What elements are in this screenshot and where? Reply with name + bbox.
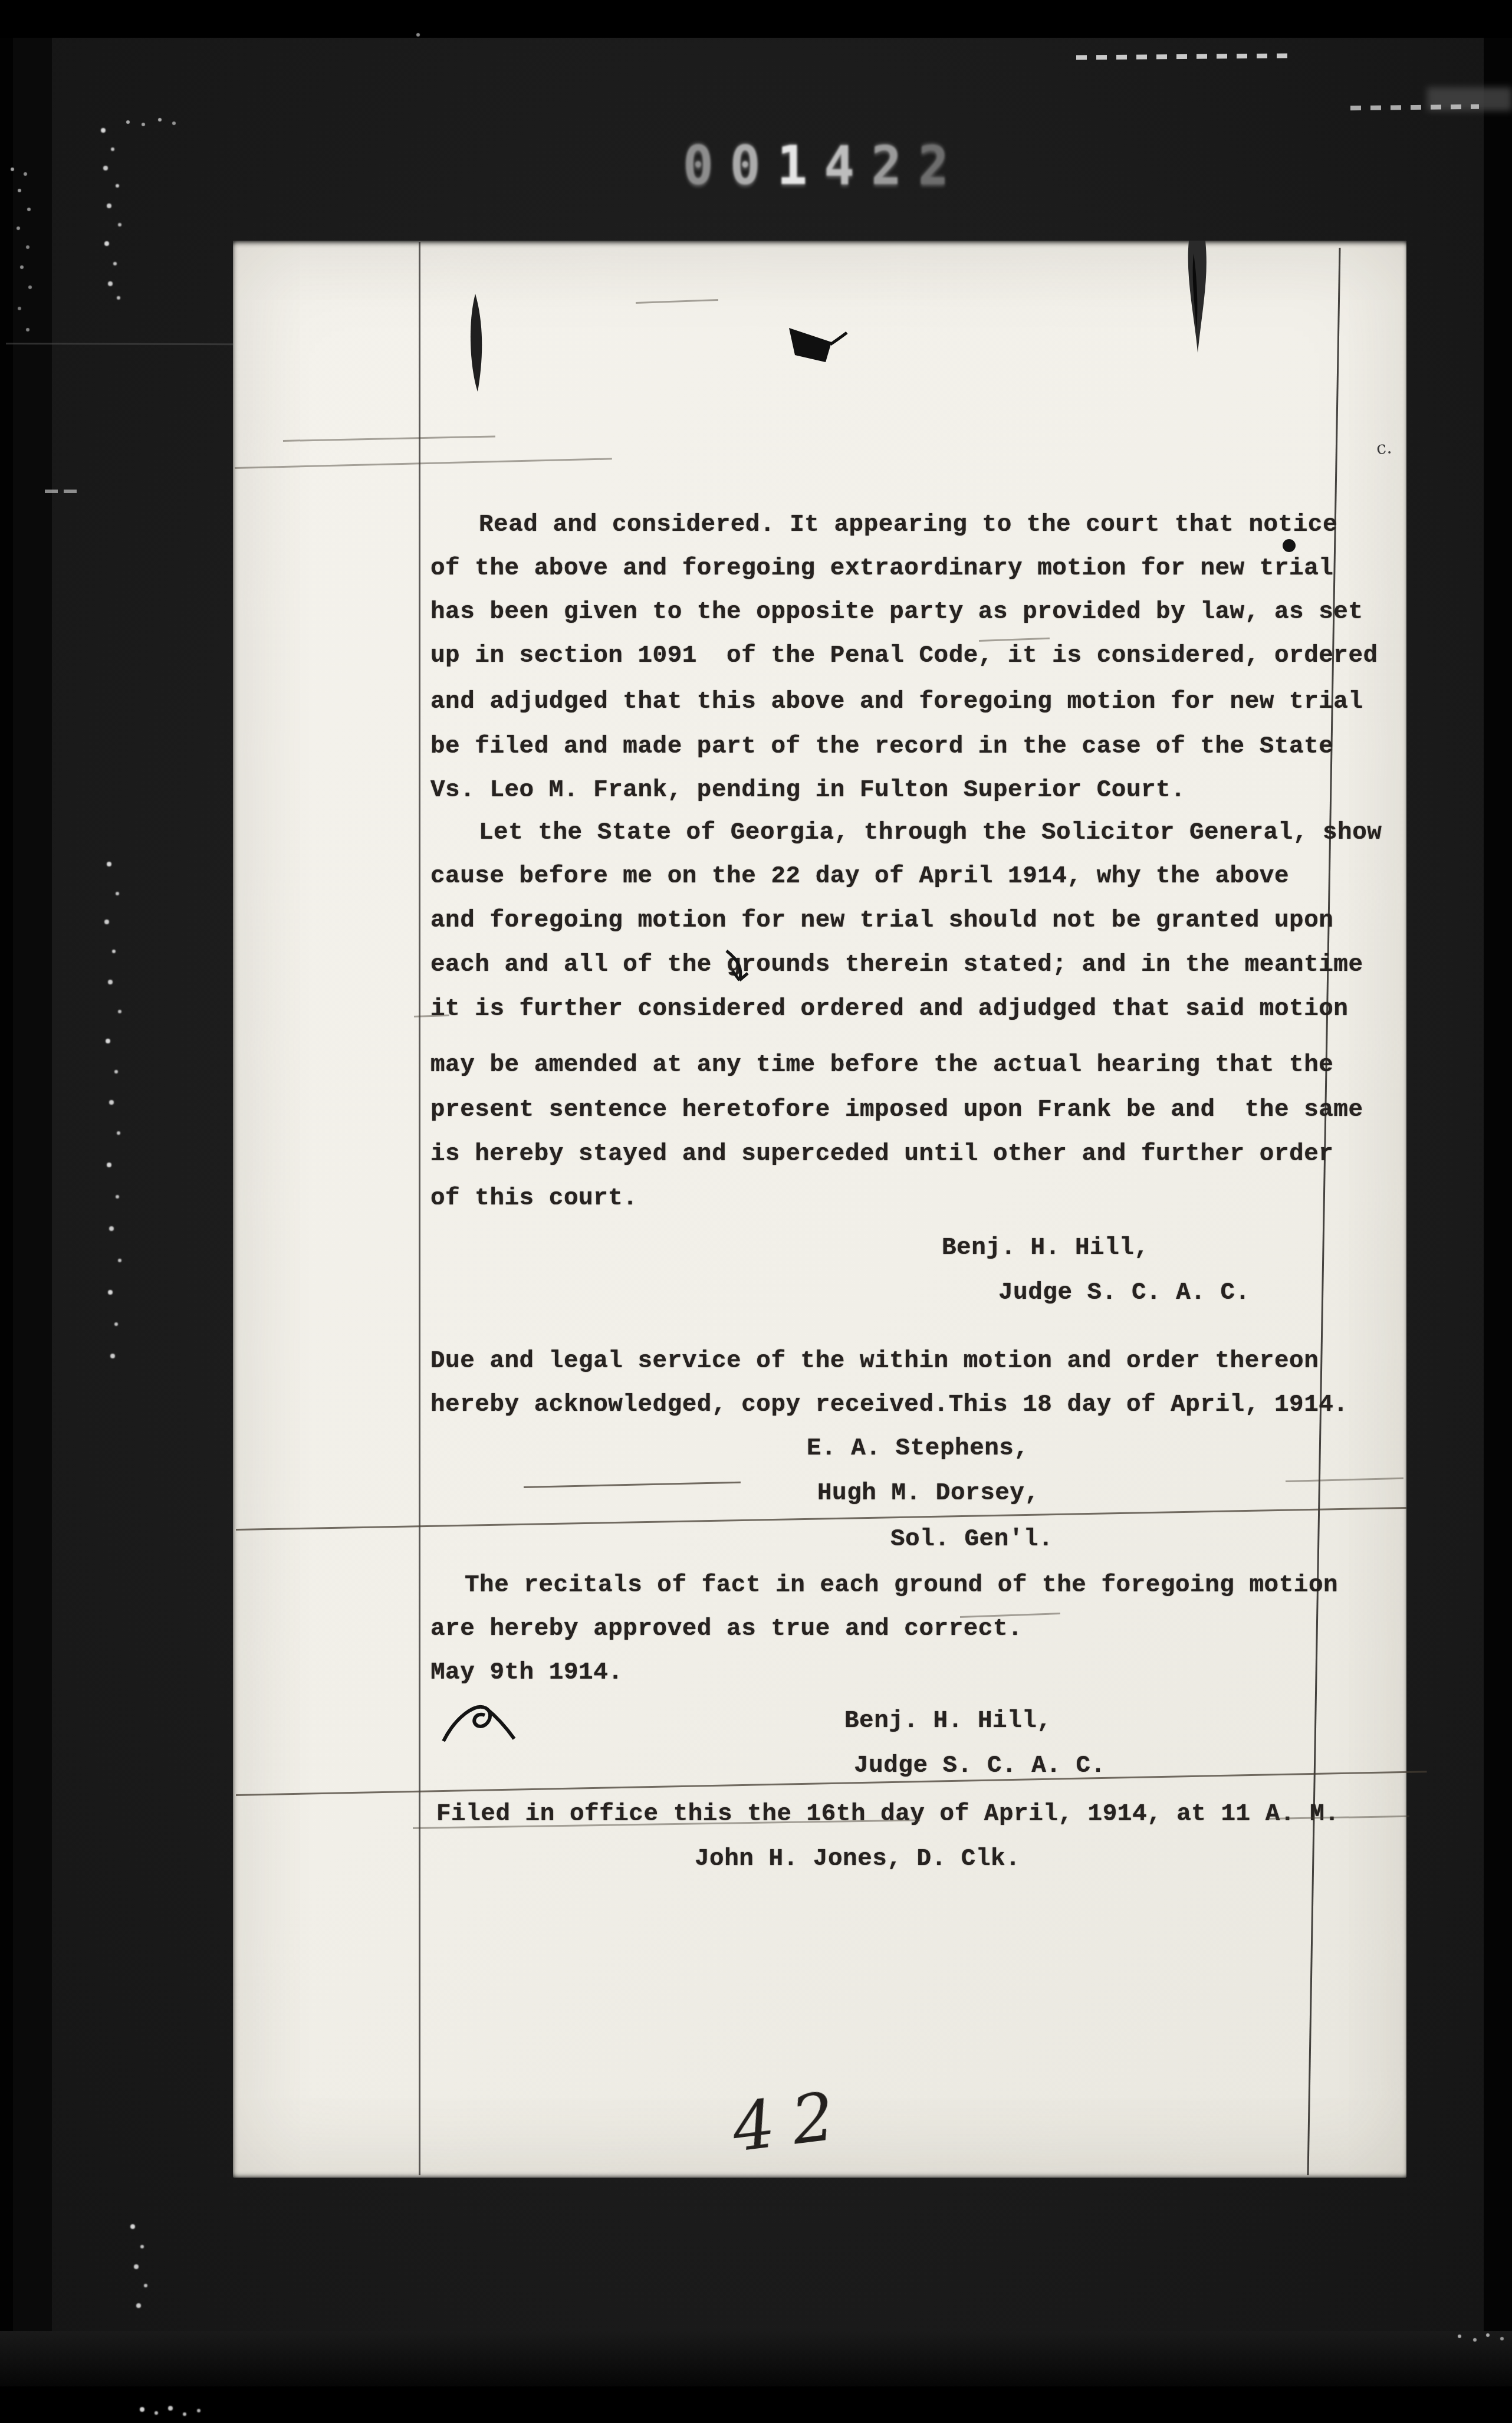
typed-line: May 9th 1914.: [430, 1661, 623, 1685]
typed-line: cause before me on the 22 day of April 1…: [430, 865, 1289, 889]
signature-name: Benj. H. Hill,: [942, 1236, 1149, 1260]
microfilm-scan: { "film": { "stamp": { "digits": ["0","0…: [0, 0, 1512, 2423]
page-margin-rule-left: [419, 242, 420, 2175]
film-right-edge: [1484, 0, 1512, 2423]
handwritten-margin-note: c.: [1376, 437, 1393, 459]
signature-title: Sol. Gen'l.: [890, 1528, 1053, 1552]
stamp-digit: 2: [918, 136, 965, 198]
typed-line: has been given to the opposite party as …: [430, 600, 1363, 625]
frame-number-stamp: 001422: [683, 137, 965, 196]
film-specks: [0, 0, 4, 4]
typed-line: Read and considered. It appearing to the…: [479, 513, 1337, 537]
typed-line: Filed in office this the 16th day of Apr…: [436, 1803, 1339, 1827]
typed-line: each and all of the grounds therein stat…: [430, 953, 1363, 977]
typed-line: John H. Jones, D. Clk.: [695, 1847, 1020, 1872]
typed-line: present sentence heretofore imposed upon…: [430, 1098, 1363, 1122]
typed-line: Vs. Leo M. Frank, pending in Fulton Supe…: [430, 779, 1185, 803]
stamp-digit: 0: [730, 136, 777, 198]
signature-title: Judge S. C. A. C.: [854, 1754, 1106, 1778]
typed-line: hereby acknowledged, copy received.This …: [430, 1393, 1348, 1417]
typed-line: and adjudged that this above and foregoi…: [430, 690, 1363, 714]
typed-line: of this court.: [430, 1187, 637, 1211]
typed-line: The recitals of fact in each ground of t…: [465, 1574, 1338, 1598]
stamp-digit: 1: [777, 136, 824, 198]
stamp-digit: 4: [824, 136, 871, 198]
signature-name: E. A. Stephens,: [807, 1437, 1029, 1461]
typed-line: be filed and made part of the record in …: [430, 735, 1333, 759]
typed-line: and foregoing motion for new trial shoul…: [430, 909, 1333, 933]
typed-line: Due and legal service of the within moti…: [430, 1350, 1319, 1374]
typed-line: it is further considered ordered and adj…: [430, 997, 1348, 1022]
stamp-digit: 0: [683, 136, 730, 198]
signature-title: Judge S. C. A. C.: [998, 1281, 1250, 1305]
film-bottom-band: [0, 2386, 1512, 2423]
typed-line: is hereby stayed and superceded until ot…: [430, 1142, 1333, 1167]
typed-line: may be amended at any time before the ac…: [430, 1053, 1333, 1078]
film-left-edge-dark: [0, 0, 13, 2423]
film-top-band: [0, 0, 1512, 38]
signature-name: Benj. H. Hill,: [844, 1709, 1051, 1733]
typed-line: are hereby approved as true and correct.: [430, 1617, 1023, 1641]
stamp-digit: 2: [871, 136, 918, 198]
film-edge-dashes: [45, 490, 80, 493]
typed-line: up in section 1091 of the Penal Code, it…: [430, 644, 1378, 668]
film-bottom-fade: [0, 2331, 1512, 2390]
typed-line: of the above and foregoing extraordinary…: [430, 557, 1333, 581]
typed-line: Let the State of Georgia, through the So…: [479, 821, 1382, 845]
handwritten-page-number: 42: [728, 2076, 856, 2167]
signature-name: Hugh M. Dorsey,: [817, 1482, 1040, 1506]
